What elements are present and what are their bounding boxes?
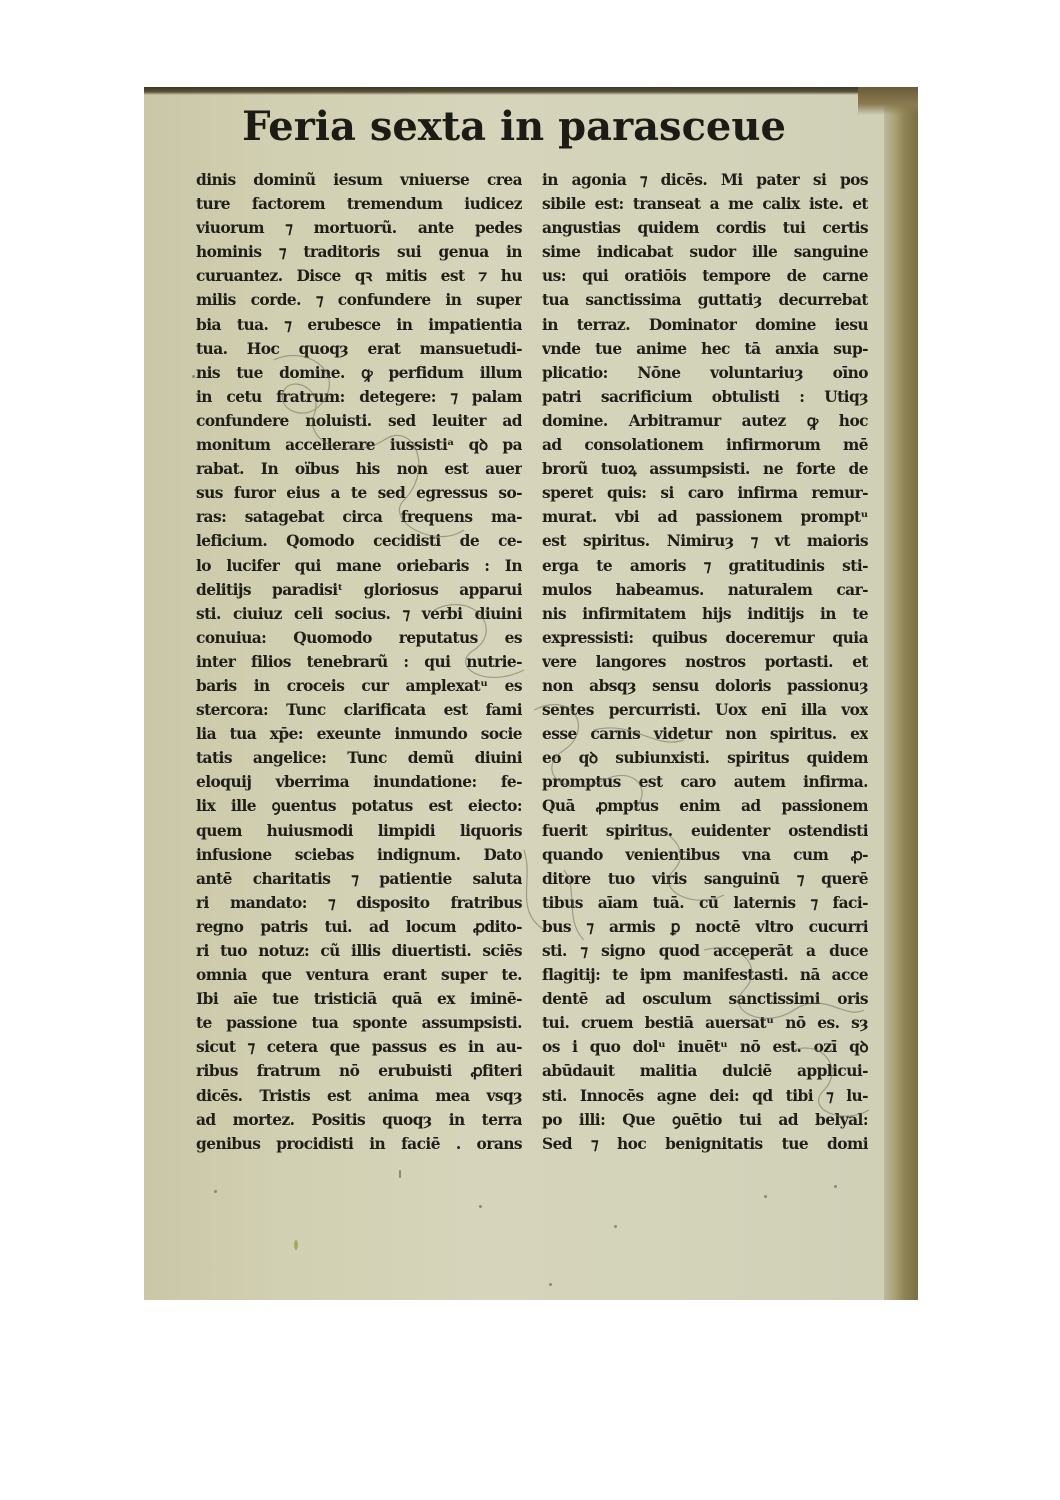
text-line: flagitij: te ipm manifestasti. nā acce <box>542 963 868 987</box>
text-line: antē charitatis ⁊ patientie saluta <box>196 867 522 891</box>
text-line: Ibi aīe tue tristiciā quā ex iminē- <box>196 987 522 1011</box>
text-line: ras: satagebat circa frequens ma- <box>196 505 522 529</box>
text-line: sti. ciuiuz celi socius. ⁊ verbi diuini <box>196 602 522 626</box>
text-line: abūdauit malitia dulciē applicui- <box>542 1059 868 1083</box>
page-top-edge <box>144 87 918 95</box>
text-line: promptus est caro autem infirma. <box>542 770 868 794</box>
text-line: erga te amoris ⁊ gratitudinis sti- <box>542 554 868 578</box>
text-line: regno patris tui. ad locum ꝓdito- <box>196 915 522 939</box>
text-line: quando venientibus vna cum ꝓ- <box>542 843 868 867</box>
book-page-photo: Feria sexta in parasceue dinis dominũ ie… <box>144 87 918 1300</box>
text-line: eo qꝺ subiunxisti. spiritus quidem <box>542 746 868 770</box>
text-line: Quā ꝓmptus enim ad passionem <box>542 794 868 818</box>
text-line: ditore tuo viris sanguinū ⁊ querē <box>542 867 868 891</box>
text-line: os i quo dolᵘ inuētᵘ nō est. ozī qꝺ <box>542 1035 868 1059</box>
text-line: lo lucifer qui mane oriebaris : In <box>196 554 522 578</box>
text-line: confundere noluisti. sed leuiter ad <box>196 409 522 433</box>
text-line: est spiritus. Nimiruȝ ⁊ vt maioris <box>542 529 868 553</box>
text-line: dicēs. Tristis est anima mea vsqȝ <box>196 1084 522 1108</box>
text-line: brorũ tuoꝝ assumpsisti. ne forte de <box>542 457 868 481</box>
text-line: conuiua: Quomodo reputatus es <box>196 626 522 650</box>
text-line: Sed ⁊ hoc benignitatis tue domi <box>542 1132 868 1156</box>
text-line: sti. ⁊ signo quod acceperāt a duce <box>542 939 868 963</box>
text-line: po illi: Que ꝯuētio tui ad belyal: <box>542 1108 868 1132</box>
text-line: rabat. In oïbus his non est auer <box>196 457 522 481</box>
text-line: nis tue domine. ꝙ perfidum illum <box>196 361 522 385</box>
text-line: domine. Arbitramur autez ꝙ hoc <box>542 409 868 433</box>
text-line: mulos habeamus. naturalem car- <box>542 578 868 602</box>
text-line: fuerit spiritus. euidenter ostendisti <box>542 819 868 843</box>
text-line: patri sacrificium obtulisti : Utiqȝ <box>542 385 868 409</box>
text-line: sti. Innocēs agne dei: qd tibi ⁊ lu- <box>542 1084 868 1108</box>
text-line: stercora: Tunc clarificata est fami <box>196 698 522 722</box>
text-line: genibus procidisti in faciē . orans <box>196 1132 522 1156</box>
text-line: ri mandato: ⁊ disposito fratribus <box>196 891 522 915</box>
text-line: viuorum ⁊ mortuorũ. ante pedes <box>196 216 522 240</box>
text-line: te passione tua sponte assumpsisti. <box>196 1011 522 1035</box>
text-line: in terraz. Dominator domine iesu <box>542 313 868 337</box>
text-line: milis corde. ⁊ confundere in super <box>196 288 522 312</box>
text-line: ri tuo notuz: cũ illis diuertisti. sciēs <box>196 939 522 963</box>
text-line: in cetu fratrum: detegere: ⁊ palam <box>196 385 522 409</box>
right-column: in agonia ⁊ dicēs. Mi pater si possibile… <box>542 168 868 1156</box>
running-head: Feria sexta in parasceue <box>144 99 884 155</box>
text-line: eloquij vberrima inundatione: fe- <box>196 770 522 794</box>
text-line: us: qui oratiōis tempore de carne <box>542 264 868 288</box>
text-columns: dinis dominũ iesum vniuerse creature fac… <box>196 168 868 1156</box>
text-line: bus ⁊ armis ꝑ noctē vltro cucurri <box>542 915 868 939</box>
text-line: tua sanctissima guttatiȝ decurrebat <box>542 288 868 312</box>
text-line: sus furor eius a te sed egressus so- <box>196 481 522 505</box>
text-line: esse carnis videtur non spiritus. ex <box>542 722 868 746</box>
text-line: lia tua xp̄e: exeunte inmundo socie <box>196 722 522 746</box>
text-line: sime indicabat sudor ille sanguine <box>542 240 868 264</box>
text-line: expressisti: quibus doceremur quia <box>542 626 868 650</box>
text-line: angustias quidem cordis tui certis <box>542 216 868 240</box>
text-line: non absqȝ sensu doloris passionuȝ <box>542 674 868 698</box>
text-line: vere langores nostros portasti. et <box>542 650 868 674</box>
text-line: lix ille ꝯuentus potatus est eiecto: <box>196 794 522 818</box>
page-fore-edge <box>884 87 918 1300</box>
text-line: sicut ⁊ cetera que passus es in au- <box>196 1035 522 1059</box>
text-line: curuantez. Disce qꝛ mitis est ⁊ hu <box>196 264 522 288</box>
text-line: in agonia ⁊ dicēs. Mi pater si pos <box>542 168 868 192</box>
text-line: dinis dominũ iesum vniuerse crea <box>196 168 522 192</box>
text-line: sentes percurristi. Uox enī illa vox <box>542 698 868 722</box>
text-line: tibus aīam tuā. cū laternis ⁊ faci- <box>542 891 868 915</box>
text-line: tua. Hoc quoqȝ erat mansuetudi- <box>196 337 522 361</box>
text-line: baris in croceis cur amplexatᵘ es <box>196 674 522 698</box>
text-line: nis infirmitatem hijs inditijs in te <box>542 602 868 626</box>
text-line: vnde tue anime hec tā anxia sup- <box>542 337 868 361</box>
text-line: sibile est: transeat a me calix iste. et <box>542 192 868 216</box>
text-line: dentē ad osculum sanctissimi oris <box>542 987 868 1011</box>
text-line: ribus fratrum nō erubuisti ꝓfiteri <box>196 1059 522 1083</box>
left-column: dinis dominũ iesum vniuerse creature fac… <box>196 168 522 1156</box>
text-line: monitum accellerare iussistiᵃ qꝺ pa <box>196 433 522 457</box>
text-line: inter filios tenebrarũ : qui nutrie- <box>196 650 522 674</box>
text-line: leficium. Qomodo cecidisti de ce- <box>196 529 522 553</box>
text-line: bia tua. ⁊ erubesce in impatientia <box>196 313 522 337</box>
text-line: delitijs paradisiᵗ gloriosus apparui <box>196 578 522 602</box>
text-line: ad mortez. Positis quoqȝ in terra <box>196 1108 522 1132</box>
text-line: tui. cruem bestiā auersatᵘ nō es. sȝ <box>542 1011 868 1035</box>
text-line: ad consolationem infirmorum mē <box>542 433 868 457</box>
printed-page: Feria sexta in parasceue dinis dominũ ie… <box>144 95 884 1300</box>
text-line: speret quis: si caro infirma remur- <box>542 481 868 505</box>
text-line: ture factorem tremendum iudicez <box>196 192 522 216</box>
text-line: plicatio: Nōne voluntariuȝ oīno <box>542 361 868 385</box>
text-line: quem huiusmodi limpidi liquoris <box>196 819 522 843</box>
text-line: tatis angelice: Tunc demũ diuini <box>196 746 522 770</box>
text-line: omnia que ventura erant super te. <box>196 963 522 987</box>
text-line: murat. vbi ad passionem promptᵘ <box>542 505 868 529</box>
text-line: infusione sciebas indignum. Dato <box>196 843 522 867</box>
text-line: hominis ⁊ traditoris sui genua in <box>196 240 522 264</box>
